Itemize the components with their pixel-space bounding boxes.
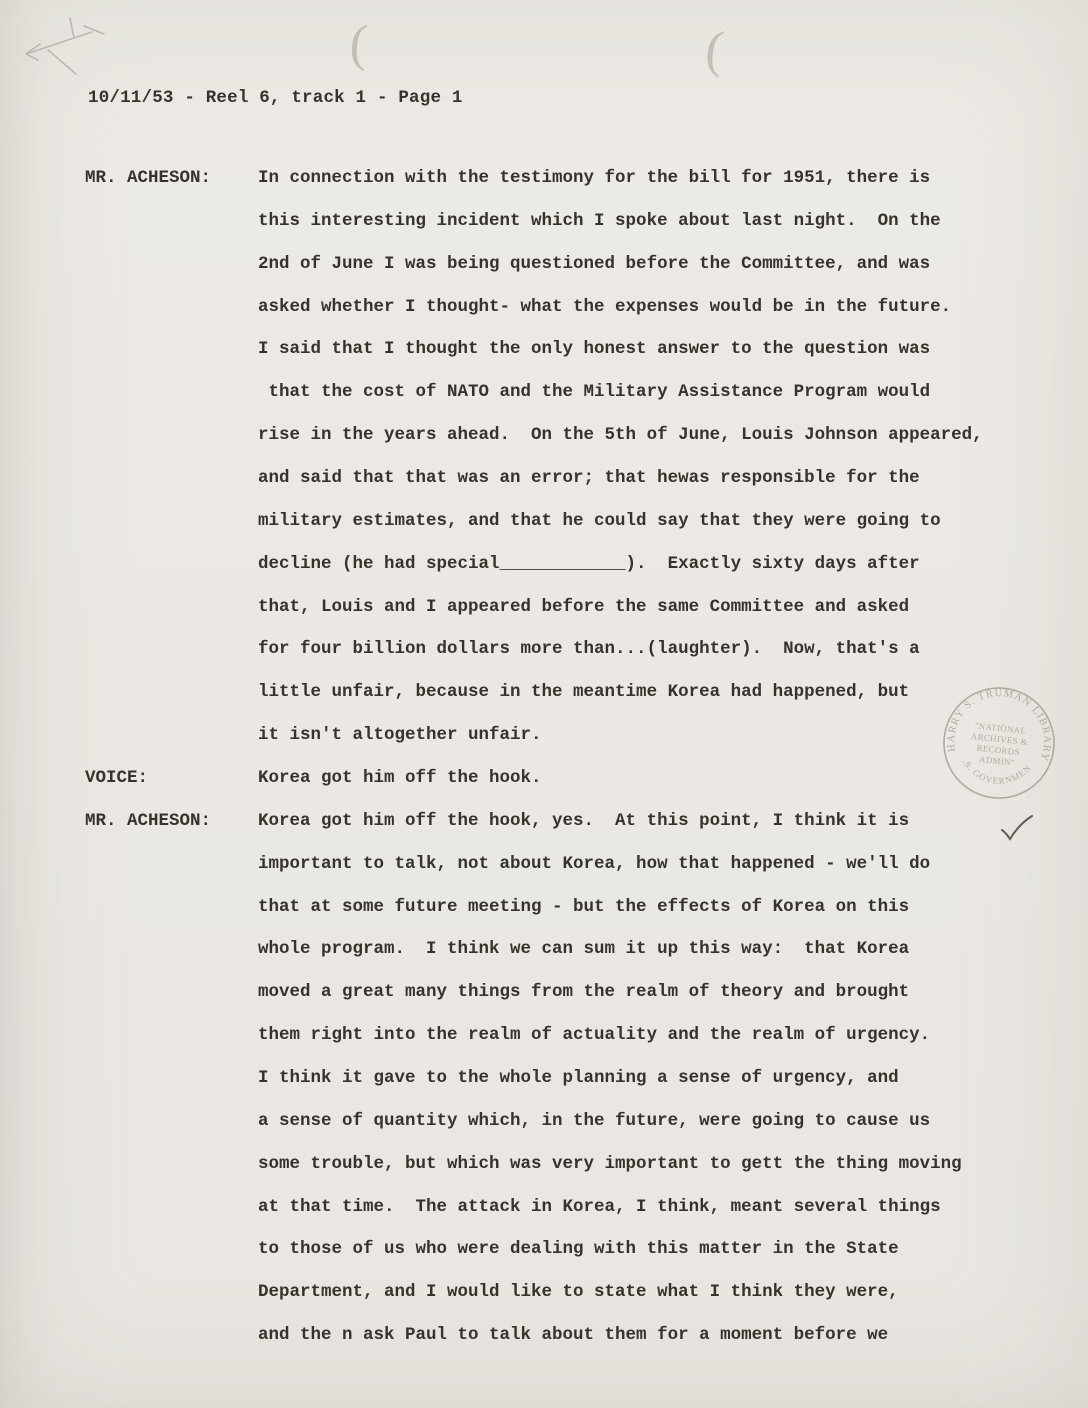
transcript-line: Department, and I would like to state wh… [258,1280,1088,1323]
speaker-label: VOICE: [85,766,148,809]
transcript-line: I said that I thought the only honest an… [258,337,1088,380]
transcript-line: for four billion dollars more than...(la… [258,637,1088,680]
transcript-line: a sense of quantity which, in the future… [258,1109,1088,1152]
transcript-line: whole program. I think we can sum it up … [258,937,1088,980]
transcript-line: asked whether I thought- what the expens… [258,295,1088,338]
transcript-line: military estimates, and that he could sa… [258,509,1088,552]
checkmark-annotation [996,812,1036,848]
transcript-line: moved a great many things from the realm… [258,980,1088,1023]
transcript-line: this interesting incident which I spoke … [258,209,1088,252]
transcript-line: and the n ask Paul to talk about them fo… [258,1323,1088,1366]
pencil-scribble [14,12,134,92]
transcript-body: MR. ACHESON: In connection with the test… [0,166,1088,1366]
transcript-line: at that time. The attack in Korea, I thi… [258,1195,1088,1238]
transcript-line: In connection with the testimony for the… [258,166,1088,209]
transcript-line: I think it gave to the whole planning a … [258,1066,1088,1109]
transcript-line: them right into the realm of actuality a… [258,1023,1088,1066]
transcript-line: Korea got him off the hook, yes. At this… [258,809,1088,852]
speech-acheson-1: MR. ACHESON: In connection with the test… [0,166,1088,766]
transcript-line: and said that that was an error; that he… [258,466,1088,509]
paren-mark-right: ( [703,23,727,77]
truman-library-stamp: HARRY S. TRUMAN LIBRARY U.S. GOVERNMENT … [934,678,1064,808]
transcript-line: rise in the years ahead. On the 5th of J… [258,423,1088,466]
transcript-line: decline (he had special____________). Ex… [258,552,1088,595]
transcript-line: that at some future meeting - but the ef… [258,895,1088,938]
speaker-label: MR. ACHESON: [85,166,211,209]
transcript-line: that, Louis and I appeared before the sa… [258,595,1088,638]
scanned-transcript-page: ( ( 10/11/53 - Reel 6, track 1 - Page 1 … [0,0,1088,1408]
transcript-line: that the cost of NATO and the Military A… [258,380,1088,423]
transcript-line: important to talk, not about Korea, how … [258,852,1088,895]
speaker-label: MR. ACHESON: [85,809,211,852]
paren-mark-left: ( [348,17,369,70]
transcript-line: some trouble, but which was very importa… [258,1152,1088,1195]
speech-acheson-2: MR. ACHESON: Korea got him off the hook,… [0,809,1088,1366]
transcript-line: 2nd of June I was being questioned befor… [258,252,1088,295]
speech-voice: VOICE: Korea got him off the hook. [0,766,1088,809]
page-header: 10/11/53 - Reel 6, track 1 - Page 1 [88,88,463,108]
transcript-line: to those of us who were dealing with thi… [258,1237,1088,1280]
